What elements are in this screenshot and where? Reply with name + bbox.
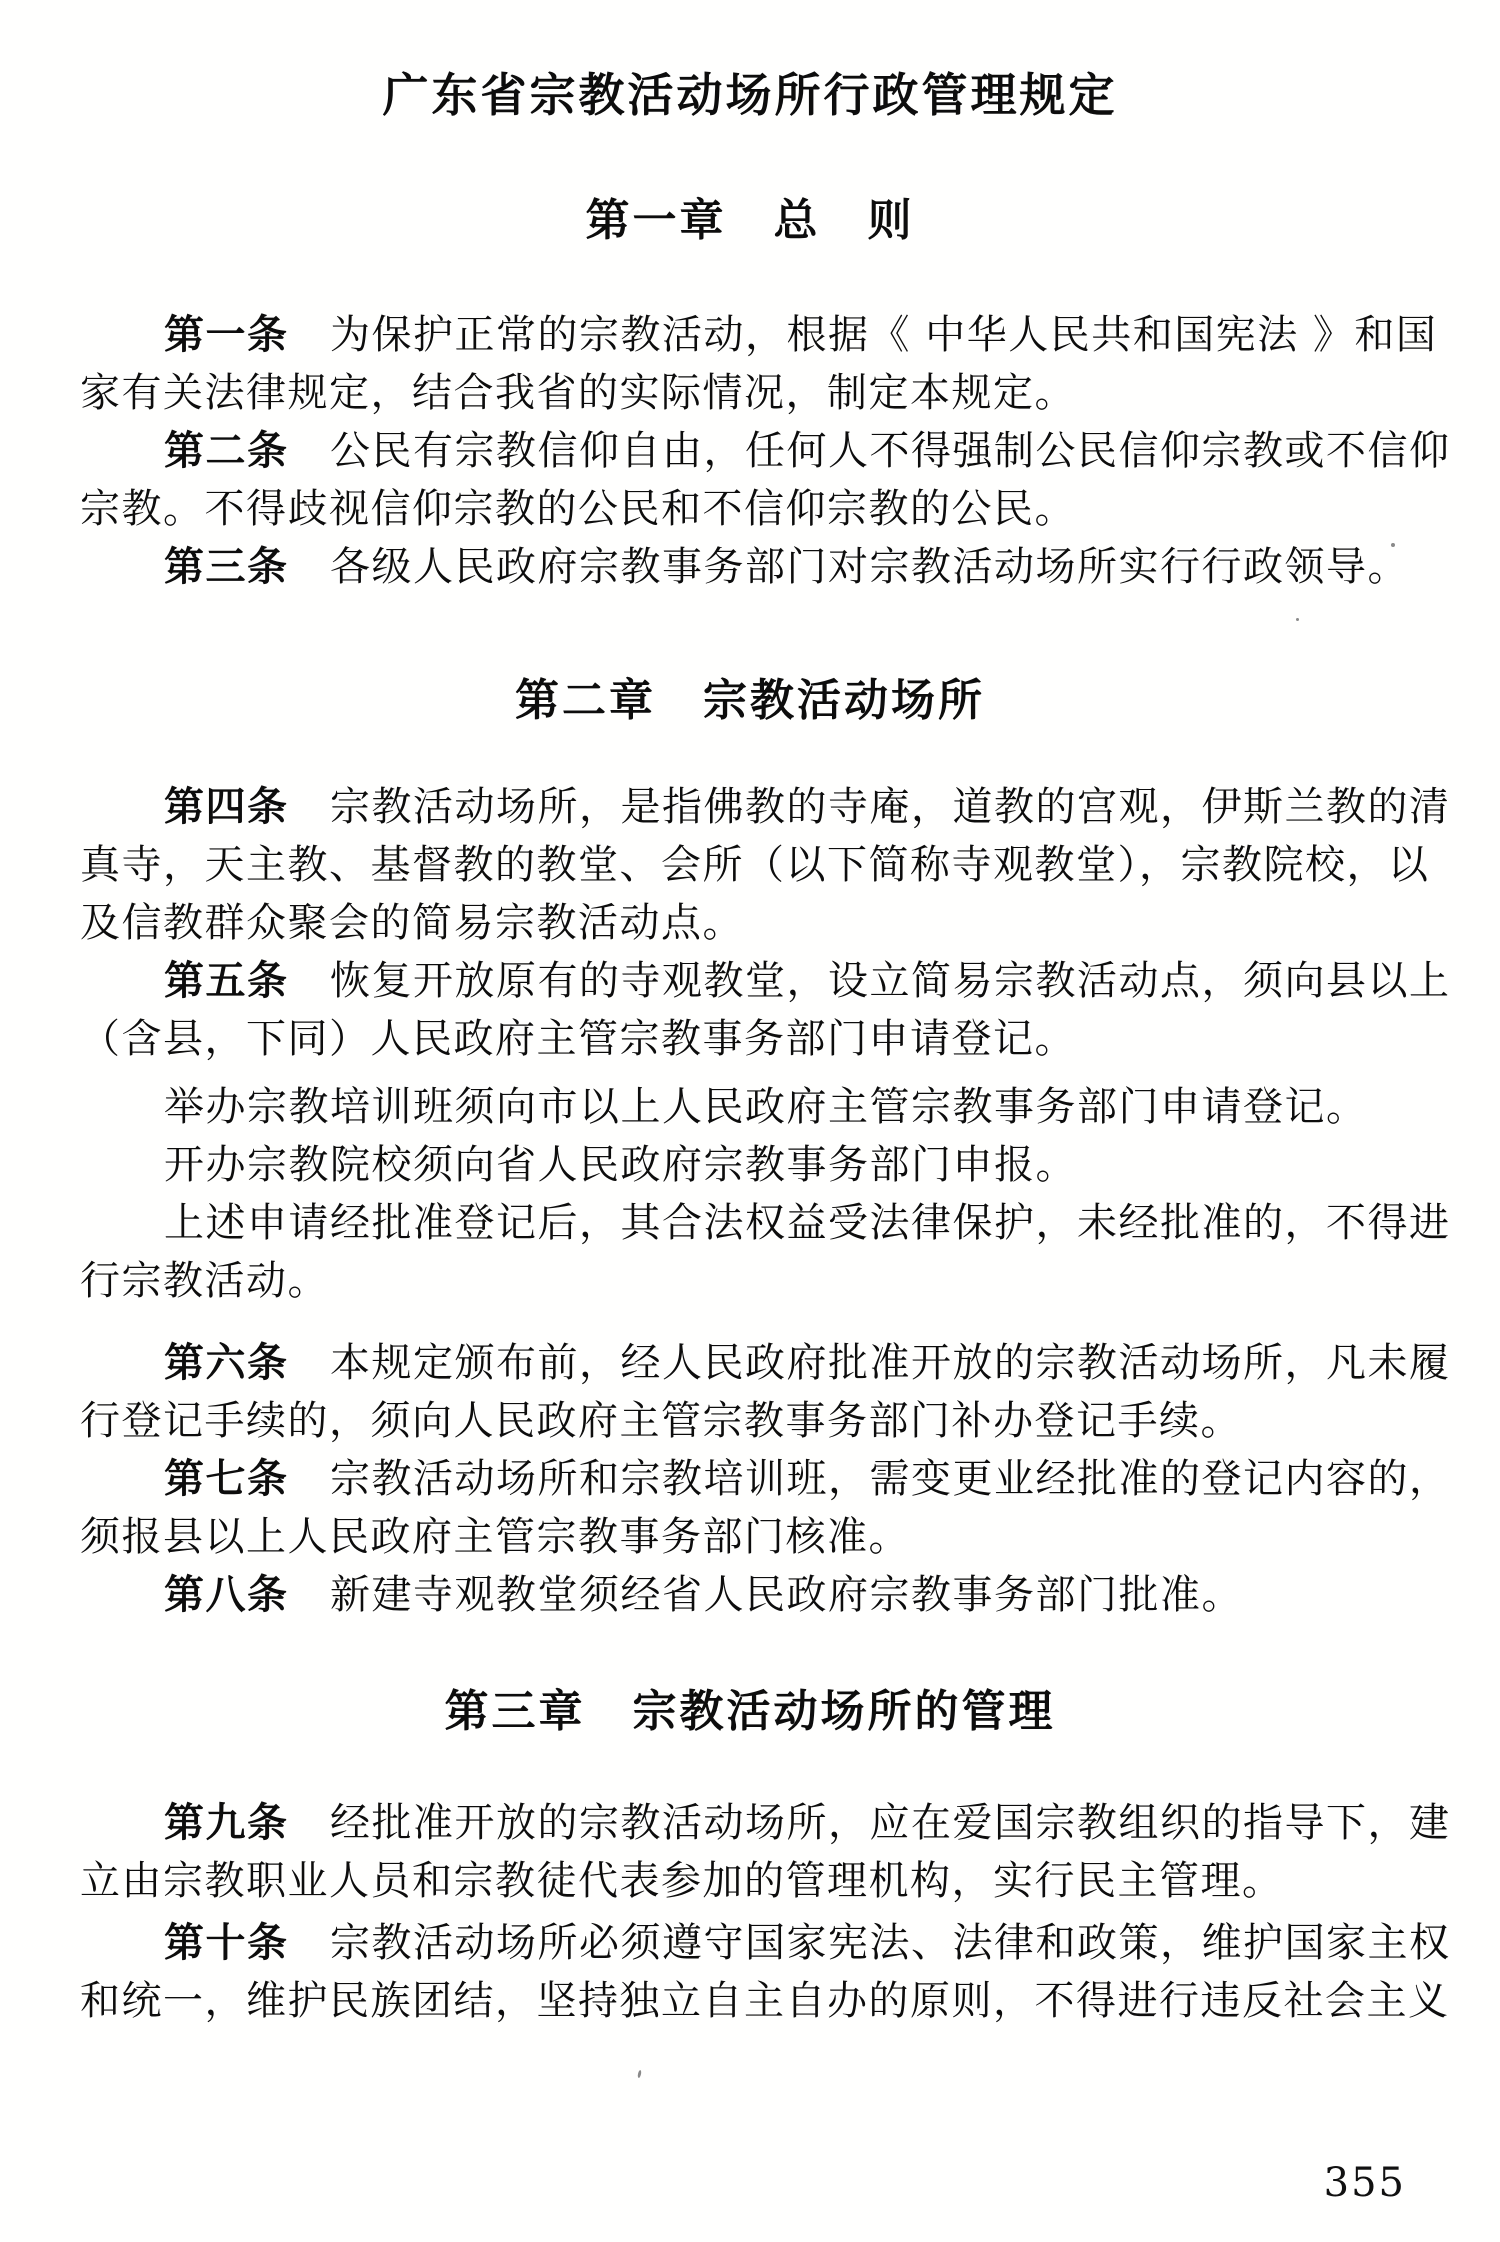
text-line: 行登记手续的，须向人民政府主管宗教事务部门补办登记手续。 bbox=[80, 1392, 1420, 1450]
scan-speck bbox=[637, 2070, 642, 2078]
text-line: 行宗教活动。 bbox=[80, 1252, 1420, 1310]
line-text: 各级人民政府宗教事务部门对宗教活动场所实行行政领导。 bbox=[330, 544, 1409, 590]
line-text: 宗教活动场所必须遵守国家宪法、法律和政策，维护国家主权 bbox=[330, 1920, 1451, 1966]
line-text: 新建寺观教堂须经省人民政府宗教事务部门批准。 bbox=[330, 1572, 1243, 1618]
lead-gap bbox=[289, 428, 331, 474]
text-line: 真寺，天主教、基督教的教堂、会所（以下简称寺观教堂），宗教院校，以 bbox=[80, 836, 1420, 894]
text-line: 第十条 宗教活动场所必须遵守国家宪法、法律和政策，维护国家主权 bbox=[80, 1914, 1420, 1972]
text-line: 第二条 公民有宗教信仰自由，任何人不得强制公民信仰宗教或不信仰 bbox=[80, 422, 1420, 480]
line-text: 宗教活动场所，是指佛教的寺庵，道教的宫观，伊斯兰教的清 bbox=[330, 784, 1451, 830]
lead-gap bbox=[289, 784, 331, 830]
article-number: 第五条 bbox=[164, 958, 289, 1004]
text-line: 开办宗教院校须向省人民政府宗教事务部门申报。 bbox=[80, 1136, 1420, 1194]
text-line: 和统一，维护民族团结，坚持独立自主自办的原则，不得进行违反社会主义 bbox=[80, 1972, 1420, 2030]
chapter-heading: 第三章 宗教活动场所的管理 bbox=[80, 1683, 1420, 1741]
text-line: 立由宗教职业人员和宗教徒代表参加的管理机构，实行民主管理。 bbox=[80, 1852, 1420, 1910]
lead-gap bbox=[289, 544, 331, 590]
article-number: 第四条 bbox=[164, 784, 289, 830]
scan-speck bbox=[1391, 543, 1395, 547]
text-line: 第九条 经批准开放的宗教活动场所，应在爱国宗教组织的指导下，建 bbox=[80, 1794, 1420, 1852]
document-body: 第一章 总 则第一条 为保护正常的宗教活动，根据《 中华人民共和国宪法 》和国家… bbox=[80, 192, 1420, 2030]
document-title: 广东省宗教活动场所行政管理规定 bbox=[80, 67, 1420, 123]
line-text: 宗教活动场所和宗教培训班，需变更业经批准的登记内容的， bbox=[330, 1456, 1451, 1502]
text-line: 第六条 本规定颁布前，经人民政府批准开放的宗教活动场所，凡未履 bbox=[80, 1334, 1420, 1392]
article-paragraph: 第五条 恢复开放原有的寺观教堂，设立简易宗教活动点，须向县以上（含县，下同）人民… bbox=[80, 952, 1420, 1068]
chapter-heading: 第二章 宗教活动场所 bbox=[80, 672, 1420, 730]
text-line: 第三条 各级人民政府宗教事务部门对宗教活动场所实行行政领导。 bbox=[80, 538, 1420, 596]
article-number: 第十条 bbox=[164, 1920, 289, 1966]
article-number: 第三条 bbox=[164, 544, 289, 590]
article-paragraph: 第一条 为保护正常的宗教活动，根据《 中华人民共和国宪法 》和国家有关法律规定，… bbox=[80, 306, 1420, 422]
article-paragraph: 第三条 各级人民政府宗教事务部门对宗教活动场所实行行政领导。 bbox=[80, 538, 1420, 596]
text-line: （含县，下同）人民政府主管宗教事务部门申请登记。 bbox=[80, 1010, 1420, 1068]
chapter-heading: 第一章 总 则 bbox=[80, 192, 1420, 250]
paragraph: 开办宗教院校须向省人民政府宗教事务部门申报。 bbox=[80, 1136, 1420, 1194]
scan-speck bbox=[1296, 618, 1299, 621]
text-line: 第八条 新建寺观教堂须经省人民政府宗教事务部门批准。 bbox=[80, 1566, 1420, 1624]
article-number: 第九条 bbox=[164, 1800, 289, 1846]
article-number: 第七条 bbox=[164, 1456, 289, 1502]
article-paragraph: 第十条 宗教活动场所必须遵守国家宪法、法律和政策，维护国家主权和统一，维护民族团… bbox=[80, 1914, 1420, 2030]
line-text: 恢复开放原有的寺观教堂，设立简易宗教活动点，须向县以上 bbox=[330, 958, 1451, 1004]
text-line: 第一条 为保护正常的宗教活动，根据《 中华人民共和国宪法 》和国 bbox=[80, 306, 1420, 364]
text-line: 须报县以上人民政府主管宗教事务部门核准。 bbox=[80, 1508, 1420, 1566]
line-text: 本规定颁布前，经人民政府批准开放的宗教活动场所，凡未履 bbox=[330, 1340, 1451, 1386]
article-paragraph: 第七条 宗教活动场所和宗教培训班，需变更业经批准的登记内容的，须报县以上人民政府… bbox=[80, 1450, 1420, 1566]
text-line: 家有关法律规定，结合我省的实际情况，制定本规定。 bbox=[80, 364, 1420, 422]
article-paragraph: 第九条 经批准开放的宗教活动场所，应在爱国宗教组织的指导下，建立由宗教职业人员和… bbox=[80, 1794, 1420, 1910]
article-paragraph: 第六条 本规定颁布前，经人民政府批准开放的宗教活动场所，凡未履行登记手续的，须向… bbox=[80, 1334, 1420, 1450]
lead-gap bbox=[289, 312, 331, 358]
article-number: 第六条 bbox=[164, 1340, 289, 1386]
text-line: 第五条 恢复开放原有的寺观教堂，设立简易宗教活动点，须向县以上 bbox=[80, 952, 1420, 1010]
lead-gap bbox=[289, 1456, 331, 1502]
article-paragraph: 第四条 宗教活动场所，是指佛教的寺庵，道教的宫观，伊斯兰教的清真寺，天主教、基督… bbox=[80, 778, 1420, 952]
page-number: 355 bbox=[1324, 2160, 1406, 2206]
lead-gap bbox=[289, 1340, 331, 1386]
text-line: 宗教。不得歧视信仰宗教的公民和不信仰宗教的公民。 bbox=[80, 480, 1420, 538]
paragraph: 上述申请经批准登记后，其合法权益受法律保护，未经批准的，不得进行宗教活动。 bbox=[80, 1194, 1420, 1310]
text-line: 及信教群众聚会的简易宗教活动点。 bbox=[80, 894, 1420, 952]
lead-gap bbox=[289, 1800, 331, 1846]
line-text: 经批准开放的宗教活动场所，应在爱国宗教组织的指导下，建 bbox=[330, 1800, 1451, 1846]
article-number: 第一条 bbox=[164, 312, 289, 358]
text-line: 上述申请经批准登记后，其合法权益受法律保护，未经批准的，不得进 bbox=[80, 1194, 1420, 1252]
article-number: 第二条 bbox=[164, 428, 289, 474]
text-line: 第四条 宗教活动场所，是指佛教的寺庵，道教的宫观，伊斯兰教的清 bbox=[80, 778, 1420, 836]
paragraph: 举办宗教培训班须向市以上人民政府主管宗教事务部门申请登记。 bbox=[80, 1078, 1420, 1136]
article-paragraph: 第八条 新建寺观教堂须经省人民政府宗教事务部门批准。 bbox=[80, 1566, 1420, 1624]
text-line: 举办宗教培训班须向市以上人民政府主管宗教事务部门申请登记。 bbox=[80, 1078, 1420, 1136]
line-text: 为保护正常的宗教活动，根据《 中华人民共和国宪法 》和国 bbox=[330, 312, 1437, 358]
scanned-document-page: 广东省宗教活动场所行政管理规定 第一章 总 则第一条 为保护正常的宗教活动，根据… bbox=[0, 0, 1500, 2242]
line-text: 公民有宗教信仰自由，任何人不得强制公民信仰宗教或不信仰 bbox=[330, 428, 1451, 474]
article-paragraph: 第二条 公民有宗教信仰自由，任何人不得强制公民信仰宗教或不信仰宗教。不得歧视信仰… bbox=[80, 422, 1420, 538]
lead-gap bbox=[289, 1920, 331, 1966]
lead-gap bbox=[289, 1572, 331, 1618]
lead-gap bbox=[289, 958, 331, 1004]
text-line: 第七条 宗教活动场所和宗教培训班，需变更业经批准的登记内容的， bbox=[80, 1450, 1420, 1508]
article-number: 第八条 bbox=[164, 1572, 289, 1618]
